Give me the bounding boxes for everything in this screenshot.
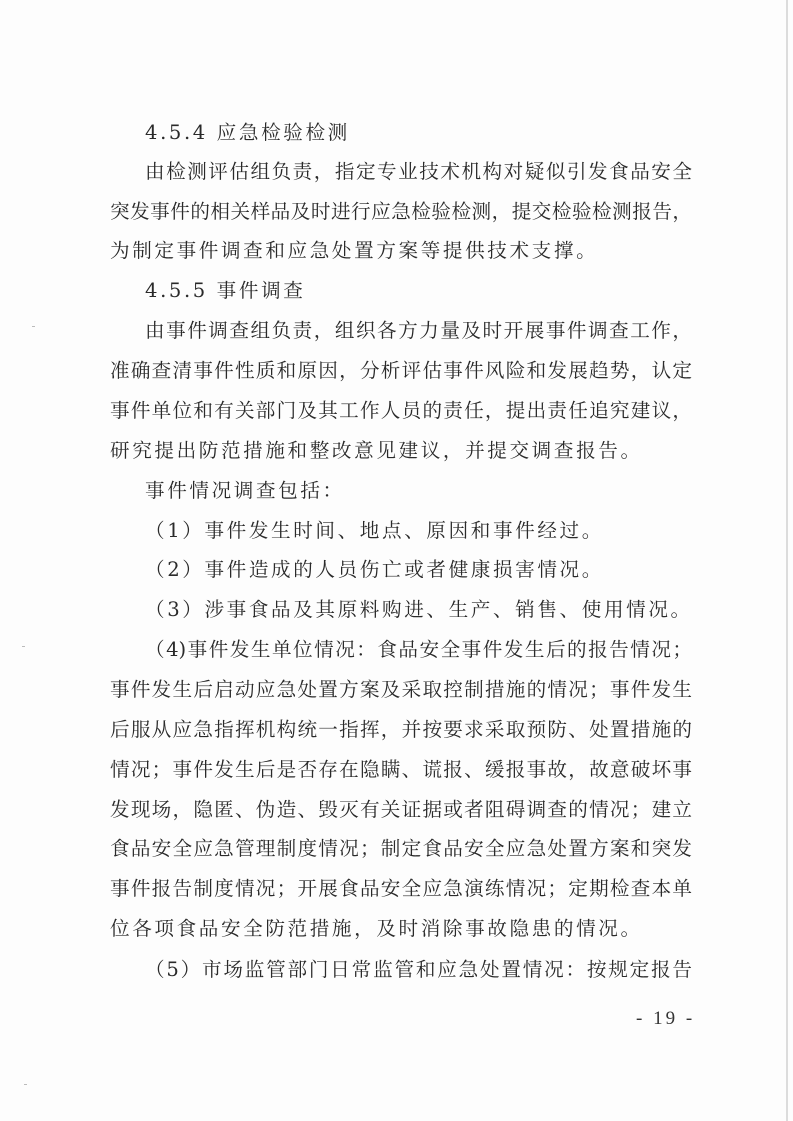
- list-item-4: （4)事件发生单位情况：食品安全事件发生后的报告情况；: [145, 635, 692, 665]
- section-heading-4-5-4: 4.5.4 应急检验检测: [145, 118, 692, 148]
- list-item-4-line: 位各项食品安全防范措施，及时消除事故隐患的情况。: [110, 914, 692, 944]
- paragraph-line: 由检测评估组负责，指定专业技术机构对疑似引发食品安全: [145, 157, 692, 187]
- scan-speck: [32, 326, 35, 327]
- page-number: - 19 -: [636, 1008, 695, 1030]
- list-item-4-line: 食品安全应急管理制度情况；制定食品安全应急处置方案和突发: [110, 834, 692, 864]
- paragraph-line: 为制定事件调查和应急处置方案等提供技术支撑。: [110, 236, 692, 266]
- list-item-4-line: 事件发生后启动应急处置方案及采取控制措施的情况；事件发生: [110, 675, 692, 705]
- paragraph-line: 突发事件的相关样品及时进行应急检验检测，提交检验检测报告，: [110, 197, 692, 227]
- list-intro: 事件情况调查包括：: [145, 476, 692, 506]
- section-heading-4-5-5: 4.5.5 事件调查: [145, 276, 692, 306]
- scan-speck: [22, 646, 25, 647]
- list-item-1: （1）事件发生时间、地点、原因和事件经过。: [145, 516, 692, 546]
- list-item-2: （2）事件造成的人员伤亡或者健康损害情况。: [145, 555, 692, 585]
- scan-speck: [24, 1084, 27, 1085]
- list-item-4-line: 情况；事件发生后是否存在隐瞒、谎报、缓报事故，故意破坏事: [110, 755, 692, 785]
- list-item-3: （3）涉事食品及其原料购进、生产、销售、使用情况。: [145, 595, 692, 625]
- paragraph-line: 事件单位和有关部门及其工作人员的责任，提出责任追究建议，: [110, 396, 692, 426]
- paragraph-line: 准确查清事件性质和原因，分析评估事件风险和发展趋势，认定: [110, 356, 692, 386]
- list-item-4-line: 事件报告制度情况；开展食品安全应急演练情况；定期检查本单: [110, 874, 692, 904]
- list-item-4-line: 发现场，隐匿、伪造、毁灭有关证据或者阻碍调查的情况；建立: [110, 795, 692, 825]
- list-item-5: （5）市场监管部门日常监管和应急处置情况：按规定报告: [145, 955, 692, 985]
- document-page: 4.5.4 应急检验检测 由检测评估组负责，指定专业技术机构对疑似引发食品安全 …: [0, 0, 793, 1121]
- list-item-4-line: 后服从应急指挥机构统一指挥，并按要求采取预防、处置措施的: [110, 715, 692, 745]
- scan-edge-line: [786, 0, 788, 1121]
- paragraph-line: 研究提出防范措施和整改意见建议，并提交调查报告。: [110, 436, 692, 466]
- paragraph-line: 由事件调查组负责，组织各方力量及时开展事件调查工作，: [145, 316, 692, 346]
